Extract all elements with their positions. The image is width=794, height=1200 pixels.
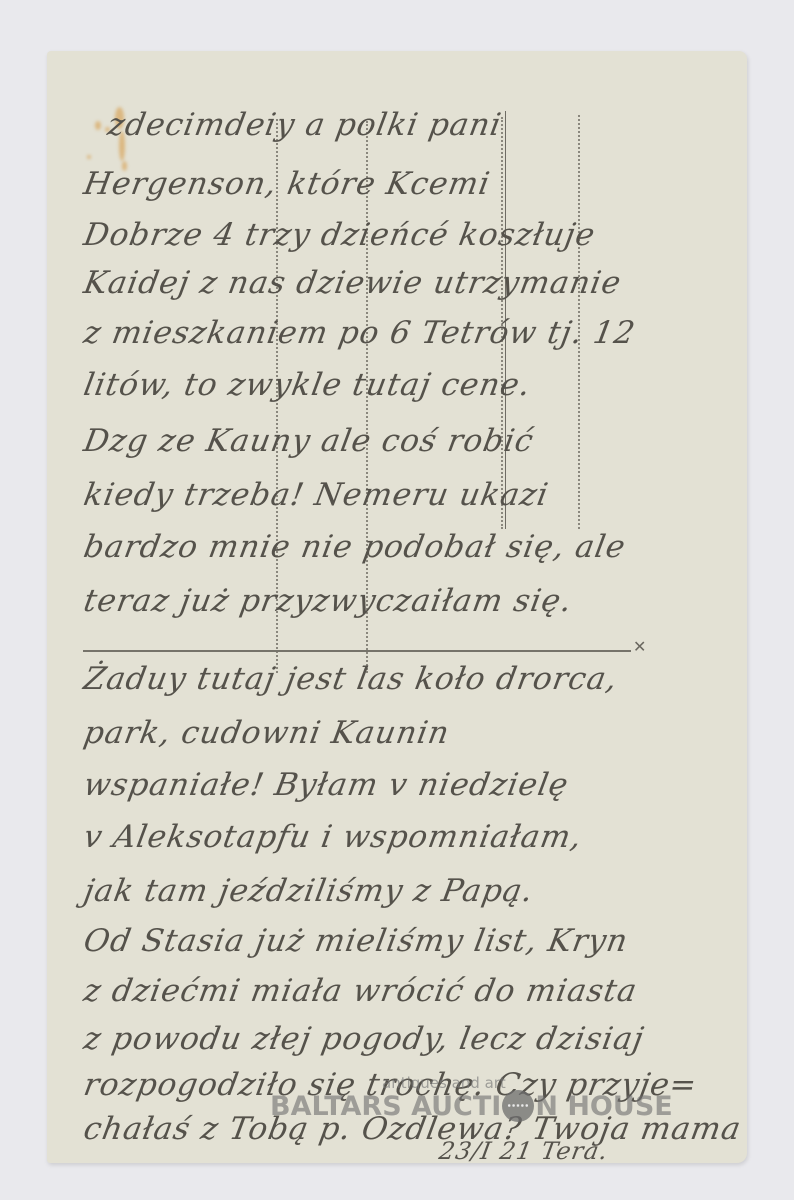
handwritten-line: litów, to zwykle tutaj cene. — [81, 367, 534, 403]
handwritten-line: jak tam jeździliśmy z Papą. — [81, 873, 536, 909]
handwritten-line: zdecimdeiy a polki pani — [105, 107, 505, 143]
handwritten-line: Dzg ze Kauny ale coś robić — [81, 423, 537, 459]
handwritten-line: z mieszkaniem po 6 Tetrów tj. 12 — [81, 315, 638, 351]
handwritten-line: park, cudowni Kaunin — [81, 715, 453, 751]
handwritten-line: rozpogodziło się trochę. Czy przyje= — [81, 1067, 700, 1103]
handwritten-line: Od Stasia już mieliśmy list, Kryn — [81, 923, 631, 959]
handwritten-line: wspaniałe! Byłam v niedzielę — [81, 767, 572, 803]
handwritten-line: chałaś z Tobą p. Ozdlewa? Twoja mama — [81, 1111, 744, 1147]
handwritten-line: z dziećmi miała wrócić do miasta — [81, 973, 640, 1009]
horizontal-rule — [83, 650, 631, 652]
handwritten-line: bardzo mnie nie podobał się, ale — [81, 529, 629, 565]
handwritten-line: teraz już przyzwyczaiłam się. — [81, 583, 575, 619]
postcard: zdecimdeiy a polki pani Hergenson, które… — [47, 51, 747, 1163]
handwritten-line: Kaidej z nas dziewie utrzymanie — [81, 265, 624, 301]
handwritten-line: Dobrze 4 trzy dzieńcé koszłuje — [81, 217, 598, 253]
date-signature-line: 23/I 21 Tera. — [437, 1137, 611, 1165]
handwritten-line: kiedy trzeba! Nemeru ukazi — [81, 477, 552, 513]
handwritten-line: z powodu złej pogody, lecz dzisiaj — [81, 1021, 647, 1057]
handwritten-line: Żaduy tutaj jest las koło drorca, — [81, 661, 621, 697]
cross-mark: ✕ — [633, 637, 646, 656]
handwritten-line: v Aleksotapfu i wspomniałam, — [81, 819, 585, 855]
stain-mark — [87, 155, 91, 159]
handwritten-line: Hergenson, które Kcemi — [81, 166, 493, 202]
stain-mark — [95, 121, 101, 130]
